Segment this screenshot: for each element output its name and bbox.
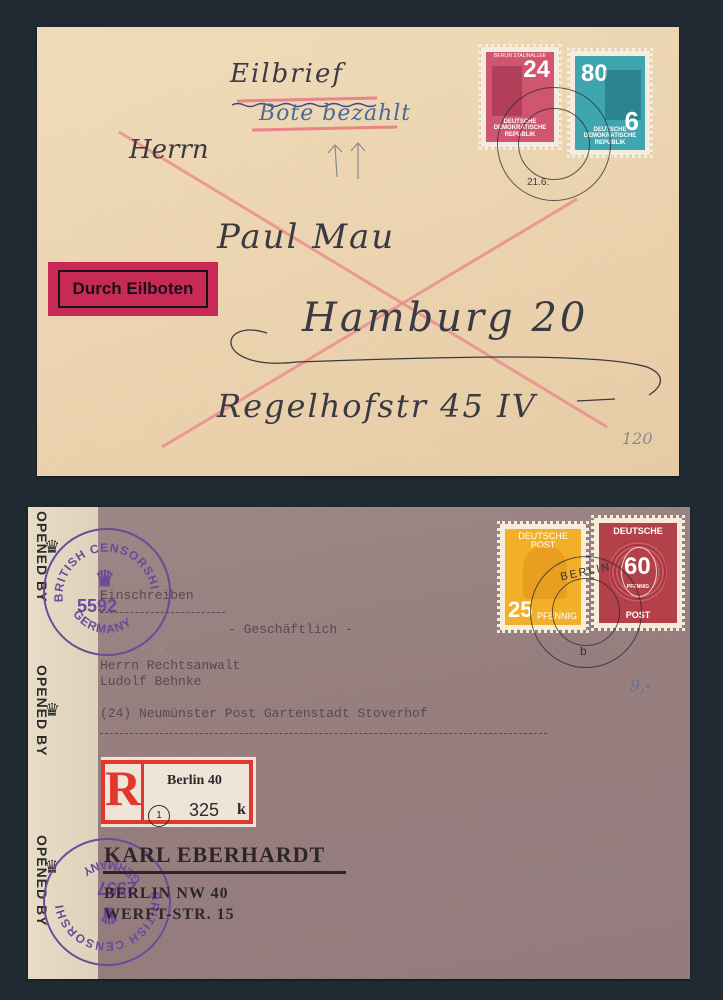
handwritten-herrn: Herrn [129, 135, 209, 165]
sender-street: WERFT-STR. 15 [104, 906, 235, 924]
sender-district: BERLIN NW 40 [104, 885, 229, 903]
handwritten-bote-bezahlt: Bote bezahlt [259, 101, 411, 126]
handwritten-addressee: Paul Mau [217, 217, 395, 257]
durch-eilboten-label: Durch Eilboten [48, 262, 218, 316]
registration-label: R Berlin 40 1 325 k [101, 757, 256, 827]
handwritten-city: Hamburg 20 [302, 295, 588, 341]
registration-circle-number: 1 [148, 805, 170, 827]
crown-icon: ♛ [44, 700, 60, 721]
stamp-value: 25 [508, 597, 532, 623]
typed-einschreiben: Einschreiben [100, 588, 194, 603]
underline [100, 612, 225, 613]
sender-name: KARL EBERHARDT [104, 842, 325, 868]
typed-name: Ludolf Behnke [100, 674, 201, 689]
stamp-value: 24 [523, 56, 550, 84]
handwritten-street: Regelhofstr 45 IV [217, 387, 537, 425]
pencil-note: 120 [622, 429, 653, 448]
handwritten-eilbrief: Eilbrief [230, 59, 344, 89]
typed-geschaeftlich: - Geschäftlich - [228, 622, 353, 637]
postmark-date: 21.6. [527, 177, 549, 188]
stamp-value: 80 [581, 60, 608, 88]
sender-rule [103, 871, 346, 874]
postmark-suffix: b [580, 644, 587, 658]
postmark-inner-circle [518, 108, 590, 180]
eilboten-text: Durch Eilboten [58, 270, 208, 308]
postmark-inner-circle [552, 578, 620, 646]
registration-office: Berlin 40 [167, 773, 222, 789]
underline [100, 733, 547, 734]
typed-destination: (24) Neumünster Post Gartenstadt Stoverh… [100, 706, 428, 721]
registration-number: 325 [189, 800, 219, 821]
pencil-note: 9,- [630, 676, 651, 695]
typed-herrn-rechtsanwalt: Herrn Rechtsanwalt [100, 658, 240, 673]
top-cover-envelope: Eilbrief Bote bezahlt Herrn Paul Mau Ham… [37, 27, 679, 476]
registration-suffix: k [237, 801, 246, 819]
registration-letter: R [105, 763, 141, 813]
